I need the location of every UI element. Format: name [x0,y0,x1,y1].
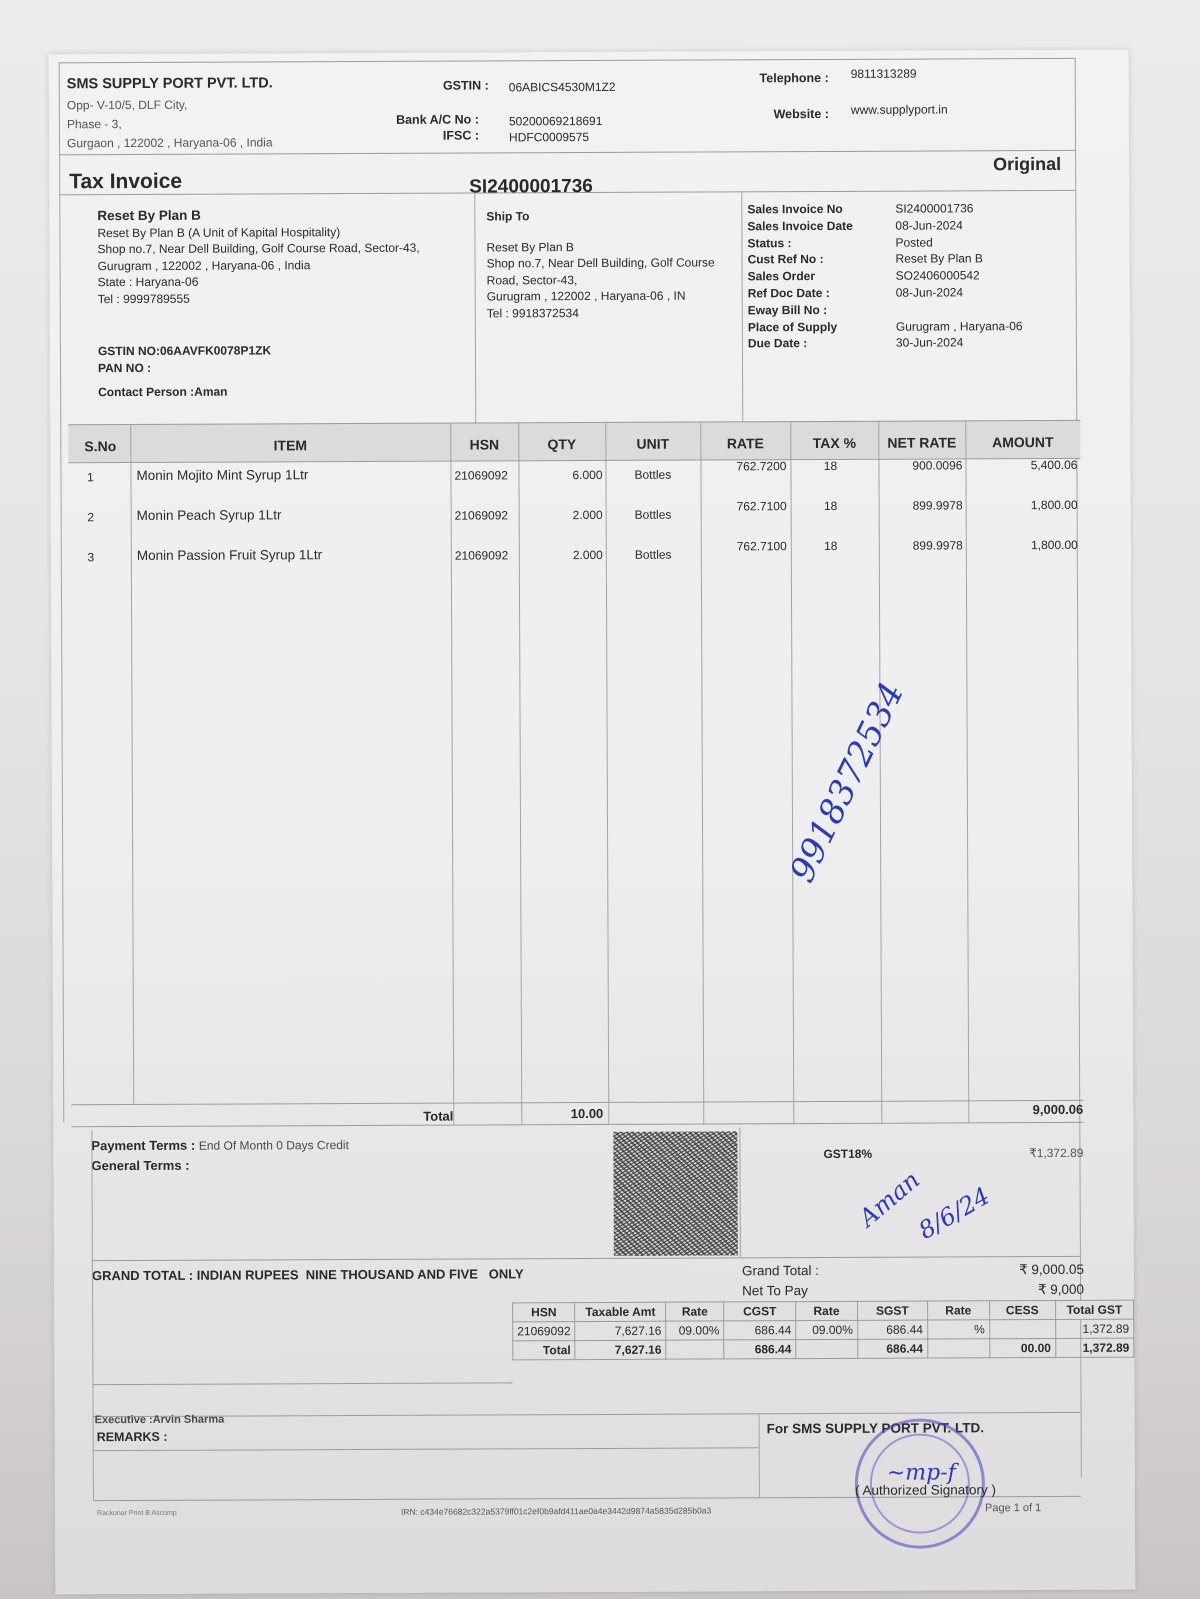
gst-total-cell: 1,372.89 [1055,1338,1133,1357]
grand-total-value: ₹ 9,000.05 [954,1260,1084,1281]
ifsc-code: HDFC0009575 [509,130,589,144]
ship-to-line: Shop no.7, Near Dell Building, Golf Cour… [487,254,715,271]
cell-sno: 2 [71,510,111,524]
gst-total-row: Total7,627.16686.44686.4400.001,372.89 [513,1338,1134,1360]
bill-to-line: State : Haryana-06 [98,273,420,291]
cell-qty: 6.000 [520,468,602,482]
cell-tax: 18 [811,499,851,513]
gst-column-header: HSN [513,1303,575,1322]
cell-rate: 762.7100 [701,499,787,513]
column-header: RATE [700,435,790,451]
table-row: 2Monin Peach Syrup 1Ltr210690922.000Bott… [49,50,1129,55]
amount-in-words-value: INDIAN RUPEES NINE THOUSAND AND FIVE ONL… [197,1266,524,1282]
cell-hsn: 21069092 [454,468,518,482]
meta-row: Status :Posted [747,234,1022,252]
gst-summary-table: HSNTaxable AmtRateCGSTRateSGSTRateCESSTo… [512,1300,1134,1361]
authorized-signatory: ( Authorized Signatory ) [855,1482,996,1498]
seller-website[interactable]: www.supplyport.in [851,102,948,116]
grand-total-label: Grand Total : [742,1261,819,1281]
cell-tax: 18 [810,459,850,473]
gst-cell: 1,372.89 [1055,1319,1133,1338]
gst-total-cell [796,1339,858,1358]
general-terms-label: General Terms : [91,1155,349,1175]
meta-row: Ref Doc Date :08-Jun-2024 [748,284,1023,302]
net-to-pay-label: Net To Pay [742,1281,819,1301]
total-qty: 10.00 [523,1106,603,1121]
column-header: TAX % [790,435,878,451]
cell-qty: 2.000 [521,548,603,562]
amount-in-words: GRAND TOTAL : INDIAN RUPEES NINE THOUSAN… [92,1266,524,1283]
gst-cell: 686.44 [857,1320,927,1339]
ship-to-heading: Ship To [486,207,714,224]
contact-person: Contact Person :Aman [98,383,420,401]
gst-column-header: Rate [796,1301,858,1320]
gst-value: ₹1,372.89 [973,1146,1083,1160]
cell-qty: 2.000 [521,508,603,522]
meta-row: Place of SupplyGurugram , Haryana-06 [748,318,1023,336]
column-header: AMOUNT [965,434,1080,451]
gst-column-header: Total GST [1055,1300,1133,1319]
gst-cell: % [927,1320,989,1339]
cell-item: Monin Peach Syrup 1Ltr [137,507,447,523]
gst-total-cell: 00.00 [989,1338,1055,1357]
cell-sno: 1 [70,470,110,484]
meta-row: Due Date :30-Jun-2024 [748,334,1023,352]
cell-sno: 3 [71,550,111,564]
payment-terms-value: End Of Month 0 Days Credit [199,1138,349,1153]
column-header: HSN [450,436,518,452]
gst-total-cell [928,1339,990,1358]
ifsc-label: IFSC : [369,128,479,142]
gst-column-header: CGST [724,1302,796,1321]
gst-cell: 7,627.16 [575,1321,666,1340]
gst-cell: 09.00% [666,1321,724,1340]
bill-to-pan: PAN NO : [98,358,420,376]
cell-amount: 5,400.06 [965,458,1077,472]
ship-to-line: Road, Sector-43, [487,271,715,288]
invoice-meta: Sales Invoice NoSI2400001736 Sales Invoi… [747,200,1022,352]
bill-to-name: Reset By Plan B [97,207,419,225]
meta-row: Cust Ref No :Reset By Plan B [748,251,1023,269]
items-table-header: S.NoITEMHSNQTYUNITRATETAX %NET RATEAMOUN… [49,50,1129,55]
seller-address-line: Gurgaon , 122002 , Haryana-06 , India [67,133,273,153]
qr-code [613,1131,738,1256]
gst-column-header: Rate [666,1302,724,1321]
bill-to-line: Tel : 9999789555 [98,289,420,307]
gst-column-header: SGST [857,1301,927,1320]
bank-label: Bank A/C No : [369,112,479,126]
gst-column-header: CESS [989,1300,1055,1319]
cell-net-rate: 899.9978 [879,498,963,512]
cell-item: Monin Passion Fruit Syrup 1Ltr [137,547,447,563]
gst-cell: 09.00% [796,1320,858,1339]
ship-to-line: Gurugram , 122002 , Haryana-06 , IN [487,287,715,304]
table-row: 1Monin Mojito Mint Syrup 1Ltr210690926.0… [49,50,1129,55]
cell-item: Monin Mojito Mint Syrup 1Ltr [136,467,446,483]
ship-to-line: Reset By Plan B [486,238,714,255]
cell-tax: 18 [811,539,851,553]
seller-telephone: 9811313289 [851,67,917,81]
cell-amount: 1,800.00 [966,498,1078,512]
grand-total-labels: Grand Total : Net To Pay [742,1261,819,1301]
seller-address-line: Phase - 3, [67,114,273,134]
cell-unit: Bottles [634,468,694,482]
cell-unit: Bottles [635,548,695,562]
bill-to-line: Shop no.7, Near Dell Building, Golf Cour… [97,240,419,258]
gst-total-cell [666,1340,724,1359]
cell-net-rate: 900.0096 [878,458,962,472]
gst-total-cell: Total [513,1341,575,1360]
remarks-label: REMARKS : [97,1430,168,1444]
invoice-sheet: SMS SUPPLY PORT PVT. LTD. Opp- V-10/5, D… [49,50,1136,1595]
telephone-label: Telephone : [719,71,829,85]
terms: Payment Terms : End Of Month 0 Days Cred… [91,1135,349,1175]
meta-row: Sales Invoice Date08-Jun-2024 [747,217,1022,235]
gst-label: GST18% [823,1147,872,1161]
payment-terms-label: Payment Terms : [91,1138,195,1153]
items-table-body: 1Monin Mojito Mint Syrup 1Ltr210690926.0… [49,50,1129,55]
cell-hsn: 21069092 [455,548,519,562]
table-row: 3Monin Passion Fruit Syrup 1Ltr210690922… [49,50,1129,55]
seller-address: Opp- V-10/5, DLF City, Phase - 3, Gurgao… [67,95,273,153]
gstin-label: GSTIN : [379,78,489,92]
gst-total-cell: 686.44 [857,1339,927,1358]
cell-rate: 762.7100 [701,539,787,553]
column-header: QTY [518,436,605,452]
website-label: Website : [719,107,829,121]
bill-to-line: Reset By Plan B (A Unit of Kapital Hospi… [97,223,419,241]
bill-to: Reset By Plan B Reset By Plan B (A Unit … [97,207,420,401]
bill-to-gstin: GSTIN NO:06AAVFK0078P1ZK [98,342,420,360]
handwritten-phone-note: 9918372534 [782,676,912,888]
total-label: Total [423,1109,453,1124]
ship-to: Ship To Reset By Plan B Shop no.7, Near … [486,207,715,321]
grand-total-values: ₹ 9,000.05 ₹ 9,000 [954,1260,1084,1301]
software-credit: Rackonar Print B Ascomp [97,1510,177,1517]
gst-cell: 21069092 [513,1322,575,1341]
page-number: Page 1 of 1 [985,1502,1041,1514]
cell-rate: 762.7200 [700,459,786,473]
total-amount: 9,000.06 [973,1102,1083,1117]
cell-net-rate: 899.9978 [879,538,963,552]
gst-total-cell: 7,627.16 [575,1340,666,1359]
seller-name: SMS SUPPLY PORT PVT. LTD. [67,75,273,92]
bill-to-line: Gurugram , 122002 , Haryana-06 , India [98,256,420,274]
invoice-number: SI2400001736 [469,176,593,199]
gst-total-cell: 686.44 [724,1340,796,1359]
net-to-pay-value: ₹ 9,000 [954,1280,1084,1301]
seller-gstin: 06ABICS4530M1Z2 [509,80,616,94]
amount-in-words-label: GRAND TOTAL : [92,1268,193,1283]
meta-row: Sales Invoice NoSI2400001736 [747,200,1022,218]
bank-account: 50200069218691 [509,114,602,128]
executive: Executive :Arvin Sharma [95,1414,225,1427]
gst-column-header: Taxable Amt [575,1302,666,1321]
column-header: ITEM [130,437,450,454]
cell-hsn: 21069092 [455,508,519,522]
gst-cell: 686.44 [724,1321,796,1340]
meta-row: Eway Bill No : [748,301,1023,319]
handwritten-signature-date: 8/6/24 [914,1182,995,1245]
gst-cell [989,1319,1055,1338]
meta-row: Sales OrderSO2406000542 [748,267,1023,285]
gst-column-header: Rate [927,1301,989,1320]
seller-address-line: Opp- V-10/5, DLF City, [67,95,273,115]
irn: IRN: c434e76682c322a5379ff01c2ef0b9afd41… [401,1505,711,1516]
column-header: S.No [70,438,130,454]
document-title: Tax Invoice [69,170,182,194]
column-header: NET RATE [878,434,965,450]
ship-to-line: Tel : 9918372534 [487,304,715,321]
cell-unit: Bottles [635,508,695,522]
cell-amount: 1,800.00 [966,538,1078,552]
column-header: UNIT [605,436,700,452]
copy-type: Original [993,154,1061,175]
